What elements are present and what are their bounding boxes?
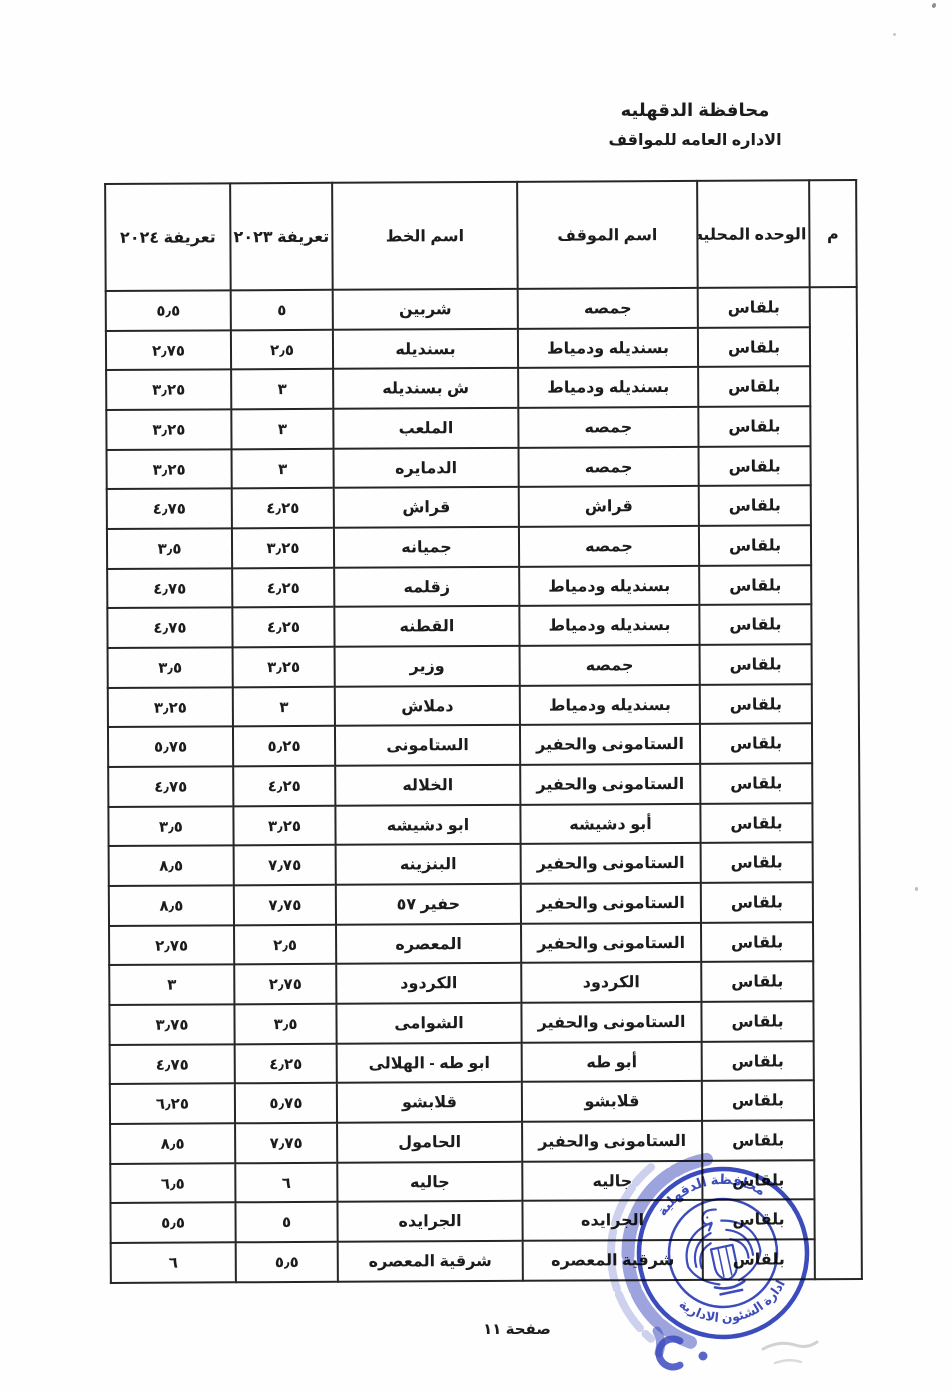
table-row: بلقاسبسنديله ودمياطزقلمه٤٫٢٥٤٫٧٥ [107,565,858,609]
line-name-cell: ابو دشيشه [335,805,520,846]
stop-name-cell: بسنديله ودمياط [518,367,698,408]
unit-cell: بلقاس [699,565,811,605]
line-name-cell: زقلمه [334,567,519,608]
line-name-cell: جاليه [337,1162,522,1203]
tariff-2024-cell: ٤٫٧٥ [108,766,233,806]
table-row: بلقاسجمصهجميانه٣٫٢٥٣٫٥ [107,525,858,569]
tariff-2023-cell: ٣٫٢٥ [233,806,335,846]
line-name-cell: البنزينه [336,844,521,885]
stop-name-cell: أبو دشيشه [520,804,700,845]
stop-name-cell: بسنديله ودمياط [520,685,700,726]
table-row: بلقاسجمصهالملعب٣٣٫٢٥ [106,406,857,450]
line-name-cell: القطنه [334,606,519,647]
tariff-2024-cell: ٣٫٥ [108,647,233,687]
tariff-2024-cell: ٤٫٧٥ [107,489,232,529]
stop-name-cell: جمصه [519,447,699,488]
col-header-tariff-2024: تعريفة ٢٠٢٤ [105,183,231,291]
table-header-row: م الوحده المحليه اسم الموقف اسم الخط تعر… [105,180,857,291]
tariff-2024-cell: ٨٫٥ [109,846,234,886]
unit-cell: بلقاس [701,843,813,883]
stop-name-cell: قلابشو [522,1081,702,1122]
tariff-2024-cell: ٣٫٥ [107,528,232,568]
line-name-cell: الحامول [337,1122,522,1163]
svg-text:ادارة الشئون الادارية: ادارة الشئون الادارية [675,1275,794,1335]
tariff-2024-cell: ٦ [111,1242,236,1283]
stop-name-cell: الستامونى والحفير [520,764,700,805]
tariff-2023-cell: ٢٫٧٥ [234,964,336,1004]
line-name-cell: حفير ٥٧ [336,884,521,925]
table-row: بلقاسالستامونى والحفيرالخلاله٤٫٢٥٤٫٧٥ [108,763,859,807]
table-row: بلقاسجمصهشربين٥٥٫٥ [106,287,857,331]
tariff-2024-cell: ٣٫٢٥ [108,687,233,727]
tariff-2023-cell: ٣ [233,686,335,726]
stamp-ink-marks [657,1331,817,1367]
unit-cell: بلقاس [698,327,810,367]
table-row: بلقاسبسنديله ودمياطالقطنه٤٫٢٥٤٫٧٥ [107,604,858,648]
unit-cell: بلقاس [699,605,811,645]
table-body: بلقاسجمصهشربين٥٥٫٥بلقاسبسنديله ودمياطبسن… [106,287,862,1283]
unit-cell: بلقاس [701,882,813,922]
unit-cell: بلقاس [700,684,812,724]
line-name-cell: شرقية المعصره [338,1241,523,1282]
line-name-cell: الدمايره [334,448,519,489]
tariff-2023-cell: ٥٫٧٥ [235,1083,337,1123]
tariff-2023-cell: ٧٫٧٥ [235,1123,337,1163]
tariff-2024-cell: ٤٫٧٥ [110,1044,235,1084]
line-name-cell: الكردود [336,963,521,1004]
table-row: بلقاسالستامونى والحفيرحفير ٥٧٧٫٧٥٨٫٥ [109,882,860,926]
scan-speck [931,2,936,8]
line-name-cell: شربين [333,289,518,330]
page-number: صفحة ١١ [437,1320,597,1338]
line-name-cell: الشوامى [336,1003,521,1044]
table-row: بلقاسبسنديله ودمياطش بسنديله٣٣٫٢٥ [106,366,857,410]
table-row: بلقاسالستامونى والحفيرالستامونى٥٫٢٥٥٫٧٥ [108,723,859,767]
tariff-2023-cell: ٣ [231,409,333,449]
line-name-cell: الستامونى [335,725,520,766]
unit-cell: بلقاس [700,803,812,843]
stop-name-cell: جمصه [520,645,700,686]
tariff-2024-cell: ٣٫٢٥ [106,409,231,449]
scan-speck [893,33,896,36]
tariff-2024-cell: ٢٫٧٥ [106,330,231,370]
tariff-2023-cell: ٢٫٥ [234,925,336,965]
col-header-line-name: اسم الخط [332,182,518,290]
unit-cell: بلقاس [699,486,811,526]
tariff-2023-cell: ٣ [232,448,334,488]
tariff-2023-cell: ٣ [231,369,333,409]
tariff-2023-cell: ٦ [235,1163,337,1203]
line-name-cell: المعصره [336,924,521,965]
table-row: بلقاسبسنديله ودمياطدملاش٣٣٫٢٥ [108,684,859,728]
col-header-index: م [809,180,857,287]
tariff-2023-cell: ٤٫٢٥ [235,1044,337,1084]
scan-speck [915,887,918,891]
tariff-table: م الوحده المحليه اسم الموقف اسم الخط تعر… [104,179,863,1284]
governorate-title: محافظة الدقهليه [570,100,820,121]
line-name-cell: قلابشو [337,1082,522,1123]
unit-cell: بلقاس [702,1120,814,1160]
col-header-local-unit: الوحده المحليه [697,180,810,288]
unit-cell: بلقاس [700,644,812,684]
tariff-2024-cell: ٢٫٧٥ [109,925,234,965]
table-row: بلقاسقراشقراش٤٫٢٥٤٫٧٥ [107,485,858,529]
table-row: بلقاسبسنديله ودمياطبسنديله٢٫٥٢٫٧٥ [106,327,857,371]
table-row: بلقاسالجرايدهالجرايده٥٥٫٥ [110,1199,861,1243]
stop-name-cell: جمصه [519,526,699,567]
stop-name-cell: الستامونى والحفير [521,923,701,964]
document-header: محافظة الدقهليه الاداره العامه للمواقف [570,100,820,150]
tariff-2024-cell: ٣ [109,965,234,1005]
stop-name-cell: الستامونى والحفير [521,1002,701,1043]
tariff-2023-cell: ٥٫٥ [236,1242,338,1282]
table-row: بلقاسالستامونى والحفيرالبنزينه٧٫٧٥٨٫٥ [109,842,860,886]
line-name-cell: بسنديله [333,328,518,369]
stop-name-cell: الستامونى والحفير [521,883,701,924]
table-row: بلقاسشرقية المعصرهشرقية المعصره٥٫٥٦ [111,1239,862,1283]
table-row: بلقاسقلابشوقلابشو٥٫٧٥٦٫٢٥ [110,1080,861,1124]
tariff-2023-cell: ٥ [231,290,333,330]
department-title: الاداره العامه للمواقف [570,130,820,150]
stop-name-cell: الستامونى والحفير [522,1121,702,1162]
stop-name-cell: أبو طه [522,1042,702,1083]
stop-name-cell: شرقية المعصره [523,1240,703,1281]
unit-cell: بلقاس [700,724,812,764]
stop-name-cell: الجرايده [522,1200,702,1241]
line-name-cell: الجرايده [337,1201,522,1242]
tariff-2024-cell: ٣٫٥ [108,806,233,846]
unit-cell: بلقاس [698,287,810,327]
stop-name-cell: الكردود [521,962,701,1003]
stamp-bottom-text: ادارة الشئون الادارية [675,1275,794,1335]
tariff-2023-cell: ٧٫٧٥ [234,845,336,885]
unit-cell: بلقاس [698,367,810,407]
stop-name-cell: الستامونى والحفير [520,724,700,765]
index-column-cell [810,287,862,1279]
stop-name-cell: بسنديله ودمياط [519,566,699,607]
line-name-cell: الملعب [333,408,518,449]
table-row: بلقاسالكردودالكردود٢٫٧٥٣ [109,961,860,1005]
table-row: بلقاسجاليهجاليه٦٦٫٥ [110,1160,861,1204]
tariff-2024-cell: ٤٫٧٥ [107,568,232,608]
stop-name-cell: بسنديله ودمياط [519,605,699,646]
line-name-cell: ابو طه - الهلالى [337,1043,522,1084]
tariff-2023-cell: ٣٫٢٥ [232,528,334,568]
table-row: بلقاسجمصهوزير٣٫٢٥٣٫٥ [108,644,859,688]
tariff-2024-cell: ٤٫٧٥ [107,608,232,648]
line-name-cell: وزير [335,646,520,687]
tariff-2024-cell: ٥٫٥ [106,290,231,330]
tariff-2024-cell: ٦٫٥ [110,1163,235,1203]
unit-cell: بلقاس [701,922,813,962]
tariff-2023-cell: ٤٫٢٥ [232,607,334,647]
line-name-cell: جميانه [334,527,519,568]
tariff-2024-cell: ٥٫٥ [110,1203,235,1243]
tariff-2023-cell: ٥ [235,1202,337,1242]
tariff-2023-cell: ٤٫٢٥ [232,567,334,607]
tariff-2024-cell: ٨٫٥ [109,885,234,925]
stop-name-cell: جاليه [522,1161,702,1202]
stop-name-cell: الستامونى والحفير [521,843,701,884]
tariff-2024-cell: ٣٫٧٥ [109,1004,234,1044]
stop-name-cell: جمصه [518,288,698,329]
tariff-2023-cell: ٤٫٢٥ [233,766,335,806]
unit-cell: بلقاس [698,406,810,446]
tariff-2023-cell: ٤٫٢٥ [232,488,334,528]
unit-cell: بلقاس [700,763,812,803]
table-row: بلقاسالستامونى والحفيرالمعصره٢٫٥٢٫٧٥ [109,922,860,966]
tariff-2024-cell: ٣٫٢٥ [106,370,231,410]
table-row: بلقاسأبو طهابو طه - الهلالى٤٫٢٥٤٫٧٥ [110,1041,861,1085]
table-row: بلقاسجمصهالدمايره٣٣٫٢٥ [107,446,858,490]
tariff-2024-cell: ٨٫٥ [110,1123,235,1163]
tariff-2024-cell: ٣٫٢٥ [107,449,232,489]
tariff-2023-cell: ٢٫٥ [231,329,333,369]
stop-name-cell: جمصه [518,407,698,448]
unit-cell: بلقاس [701,1001,813,1041]
tariff-2023-cell: ٥٫٢٥ [233,726,335,766]
tariff-2024-cell: ٦٫٢٥ [110,1084,235,1124]
col-header-tariff-2023: تعريفة ٢٠٢٣ [230,183,333,291]
tariff-2023-cell: ٣٫٥ [234,1004,336,1044]
line-name-cell: قراش [334,487,519,528]
table-row: بلقاسأبو دشيشهابو دشيشه٣٫٢٥٣٫٥ [108,803,859,847]
table-row: بلقاسالستامونى والحفيرالحامول٧٫٧٥٨٫٥ [110,1120,861,1164]
tariff-2023-cell: ٣٫٢٥ [233,647,335,687]
tariff-2023-cell: ٧٫٧٥ [234,885,336,925]
stop-name-cell: بسنديله ودمياط [518,328,698,369]
unit-cell: بلقاس [699,446,811,486]
line-name-cell: الخلاله [335,765,520,806]
col-header-stop-name: اسم الموقف [517,181,698,289]
unit-cell: بلقاس [699,525,811,565]
table-row: بلقاسالستامونى والحفيرالشوامى٣٫٥٣٫٧٥ [109,1001,860,1045]
unit-cell: بلقاس [702,1041,814,1081]
unit-cell: بلقاس [701,962,813,1002]
unit-cell: بلقاس [702,1200,814,1240]
unit-cell: بلقاس [702,1081,814,1121]
line-name-cell: ش بسنديله [333,368,518,409]
stop-name-cell: قراش [519,486,699,527]
unit-cell: بلقاس [702,1160,814,1200]
tariff-2024-cell: ٥٫٧٥ [108,727,233,767]
unit-cell: بلقاس [703,1239,815,1279]
line-name-cell: دملاش [335,686,520,727]
